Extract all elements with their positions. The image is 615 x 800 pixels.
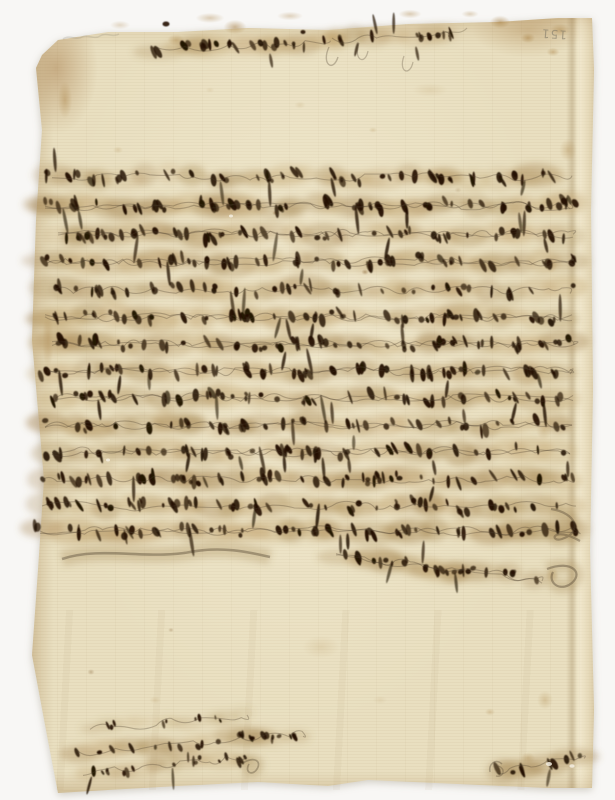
pencil-number: 151 bbox=[541, 26, 568, 42]
manuscript-paper bbox=[28, 10, 595, 795]
scanner-bed: 151 bbox=[0, 0, 615, 800]
paper-shadow bbox=[0, 0, 615, 800]
